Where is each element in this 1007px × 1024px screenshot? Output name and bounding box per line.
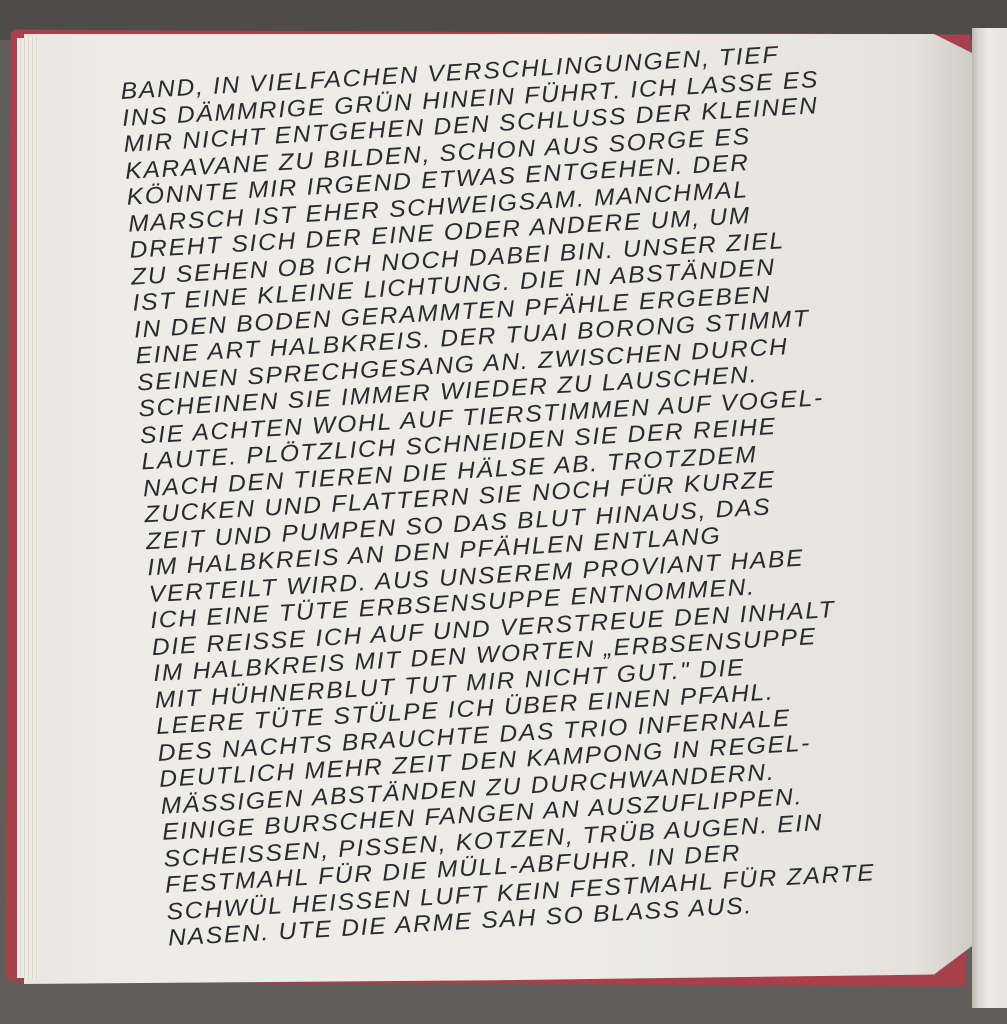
page-edges <box>17 38 39 978</box>
handwritten-text: BAND, IN VIELFACHEN VERSCHLINGUNGEN, TIE… <box>120 31 1007 951</box>
